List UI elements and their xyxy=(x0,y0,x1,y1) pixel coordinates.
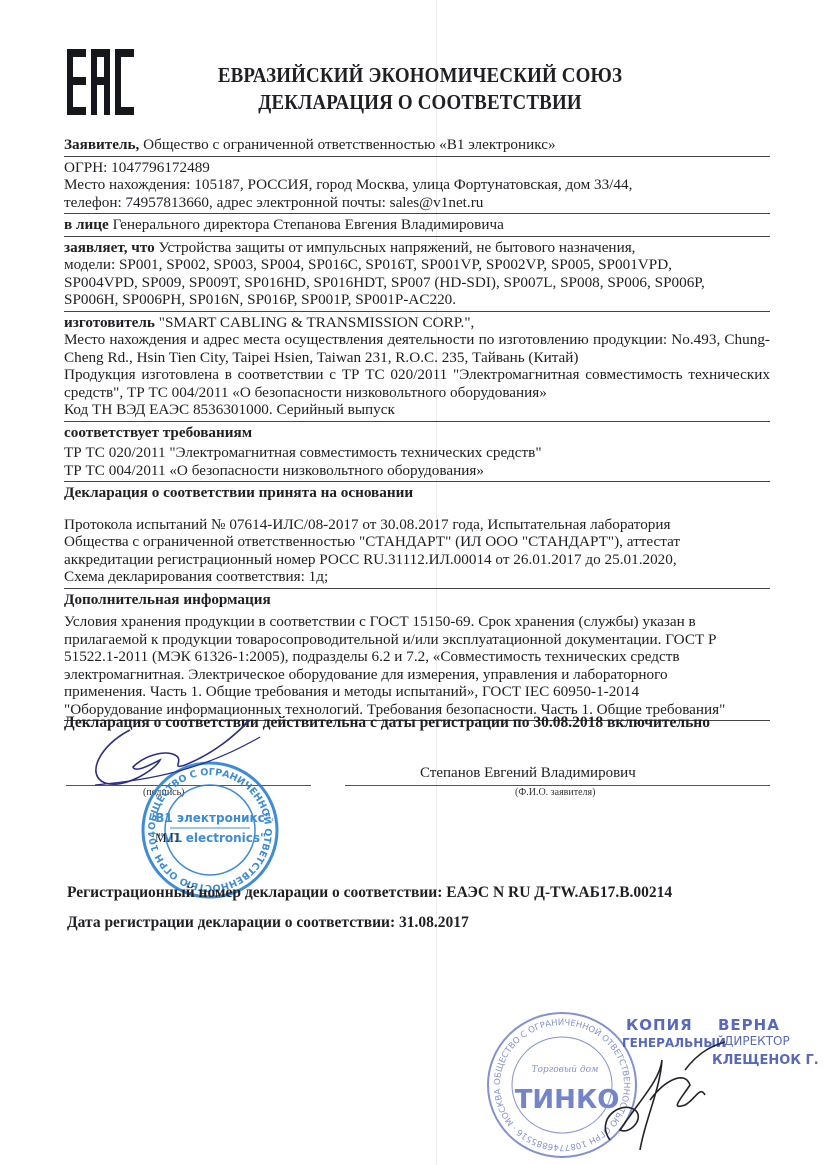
handwritten-signature-icon xyxy=(75,715,275,795)
representative-value: Генерального директора Степанова Евгения… xyxy=(109,216,504,233)
models-line: SP004VPD, SP009, SP009T, SP016HD, SP016H… xyxy=(64,274,770,292)
manufacturer-section: изготовитель "SMART CABLING & TRANSMISSI… xyxy=(64,312,770,422)
registration-number: Регистрационный номер декларации о соотв… xyxy=(67,884,672,902)
declares-section: заявляет, что Устройства защиты от импул… xyxy=(64,237,770,312)
additional-line: 51522.1-2011 (МЭК 61326-1:2005), подразд… xyxy=(64,648,770,666)
svg-text:"В1 электроникс": "В1 электроникс" xyxy=(149,811,271,825)
complies-line: ТР ТС 004/2011 «О безопасности низковоль… xyxy=(64,462,770,480)
declaration-page: ЕВРАЗИЙСКИЙ ЭКОНОМИЧЕСКИЙ СОЮЗ ДЕКЛАРАЦИ… xyxy=(0,0,823,1165)
declaration-body: Заявитель, Общество с ограниченной ответ… xyxy=(64,134,770,721)
additional-line: применения. Часть 1. Общие требования и … xyxy=(64,683,770,701)
additional-label: Дополнительная информация xyxy=(64,591,770,609)
basis-line: Общества с ограниченной ответственностью… xyxy=(64,533,770,551)
basis-line: аккредитации регистрационный номер РОСС … xyxy=(64,551,770,569)
manufacturer-label: изготовитель xyxy=(64,314,155,331)
representative-label: в лице xyxy=(64,216,109,233)
declares-label: заявляет, что xyxy=(64,239,155,256)
additional-line: прилагаемой к продукции товаросопроводит… xyxy=(64,631,770,649)
applicant-address: Место нахождения: 105187, РОССИЯ, город … xyxy=(64,176,770,194)
eac-mark-icon xyxy=(67,49,134,115)
applicant-value: Общество с ограниченной ответственностью… xyxy=(139,136,555,153)
complies-section: соответствует требованиям ТР ТС 020/2011… xyxy=(64,422,770,483)
basis-section: Декларация о соответствии принята на осн… xyxy=(64,482,770,589)
name-label: (Ф.И.О. заявителя) xyxy=(515,787,595,798)
basis-line: Схема декларирования соответствия: 1д; xyxy=(64,568,770,586)
declares-line: Устройства защиты от импульсных напряжен… xyxy=(155,239,636,256)
header-union-title: ЕВРАЗИЙСКИЙ ЭКОНОМИЧЕСКИЙ СОЮЗ xyxy=(174,62,667,89)
manufacturer-standards: Продукция изготовлена в соответствии с Т… xyxy=(64,366,770,401)
complies-line: ТР ТС 020/2011 "Электромагнитная совмест… xyxy=(64,444,770,462)
complies-label: соответствует требованиям xyxy=(64,424,770,442)
registration-date: Дата регистрации декларации о соответств… xyxy=(67,914,469,932)
manufacturer-code: Код ТН ВЭД ЕАЭС 8536301000. Серийный вып… xyxy=(64,401,770,419)
additional-section: Дополнительная информация Условия хранен… xyxy=(64,589,770,722)
svg-text:Торговый дом: Торговый дом xyxy=(532,1065,599,1075)
models-line: модели: SP001, SP002, SP003, SP004, SP01… xyxy=(64,256,770,274)
manufacturer-address: Место нахождения и адрес места осуществл… xyxy=(64,331,770,366)
basis-label: Декларация о соответствии принята на осн… xyxy=(64,484,770,502)
manufacturer-value: "SMART CABLING & TRANSMISSION CORP.", xyxy=(155,314,474,331)
models-line: SP006H, SP006PH, SP016N, SP016P, SP001P,… xyxy=(64,291,770,309)
applicant-contacts: телефон: 74957813660, адрес электронной … xyxy=(64,194,770,212)
name-line xyxy=(345,785,770,786)
additional-line: Условия хранения продукции в соответстви… xyxy=(64,613,770,631)
verified-word: ВЕРНА xyxy=(718,1016,780,1034)
applicant-label: Заявитель, xyxy=(64,136,139,153)
header-declaration-title: ДЕКЛАРАЦИЯ О СООТВЕТСТВИИ xyxy=(174,89,667,116)
applicant-details: ОГРН: 1047796172489 Место нахождения: 10… xyxy=(64,157,770,215)
document-header: ЕВРАЗИЙСКИЙ ЭКОНОМИЧЕСКИЙ СОЮЗ ДЕКЛАРАЦИ… xyxy=(174,62,667,116)
applicant-name: Степанов Евгений Владимирович xyxy=(420,765,636,782)
basis-line: Протокола испытаний № 07614-ИЛС/08-2017 … xyxy=(64,516,770,534)
handwritten-signature-icon xyxy=(590,1040,730,1160)
copy-word: КОПИЯ xyxy=(626,1016,693,1034)
seal-place-label: М.П. xyxy=(155,830,182,846)
position-director: ДИРЕКТОР xyxy=(724,1034,790,1048)
applicant-ogrn: ОГРН: 1047796172489 xyxy=(64,159,770,177)
additional-line: электромагнитная. Электрическое оборудов… xyxy=(64,666,770,684)
applicant-section: Заявитель, Общество с ограниченной ответ… xyxy=(64,134,770,157)
representative-section: в лице Генерального директора Степанова … xyxy=(64,214,770,237)
